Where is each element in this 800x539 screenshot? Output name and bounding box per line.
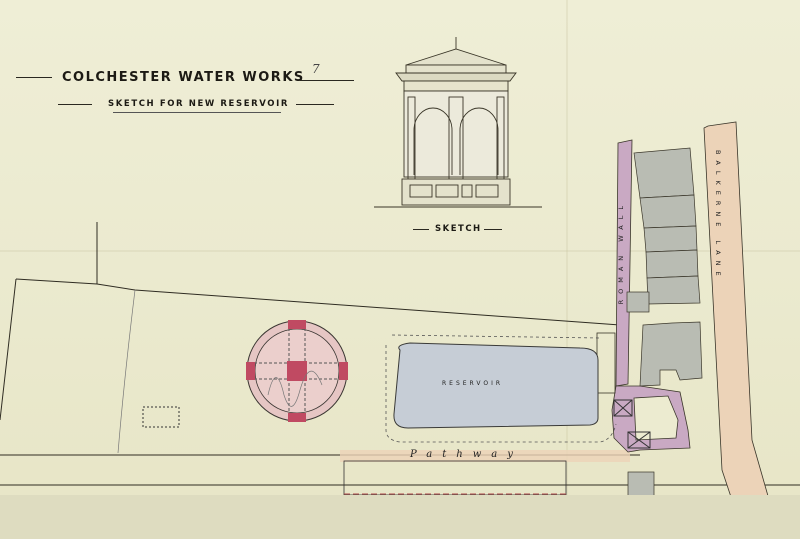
reservoir-label: RESERVOIR bbox=[442, 380, 503, 387]
buildings bbox=[627, 148, 702, 508]
tower-plan bbox=[246, 320, 348, 422]
map-sheet: COLCHESTER WATER WORKS 7 SKETCH FOR NEW … bbox=[0, 0, 800, 539]
site-plan bbox=[0, 0, 800, 539]
paper-edge bbox=[0, 495, 800, 539]
roman-wall-label: ROMAN WALL bbox=[617, 200, 625, 304]
balkerne-lane-label: BALKERNE LANE bbox=[714, 150, 722, 282]
pathway-label: Pathway bbox=[410, 449, 523, 460]
